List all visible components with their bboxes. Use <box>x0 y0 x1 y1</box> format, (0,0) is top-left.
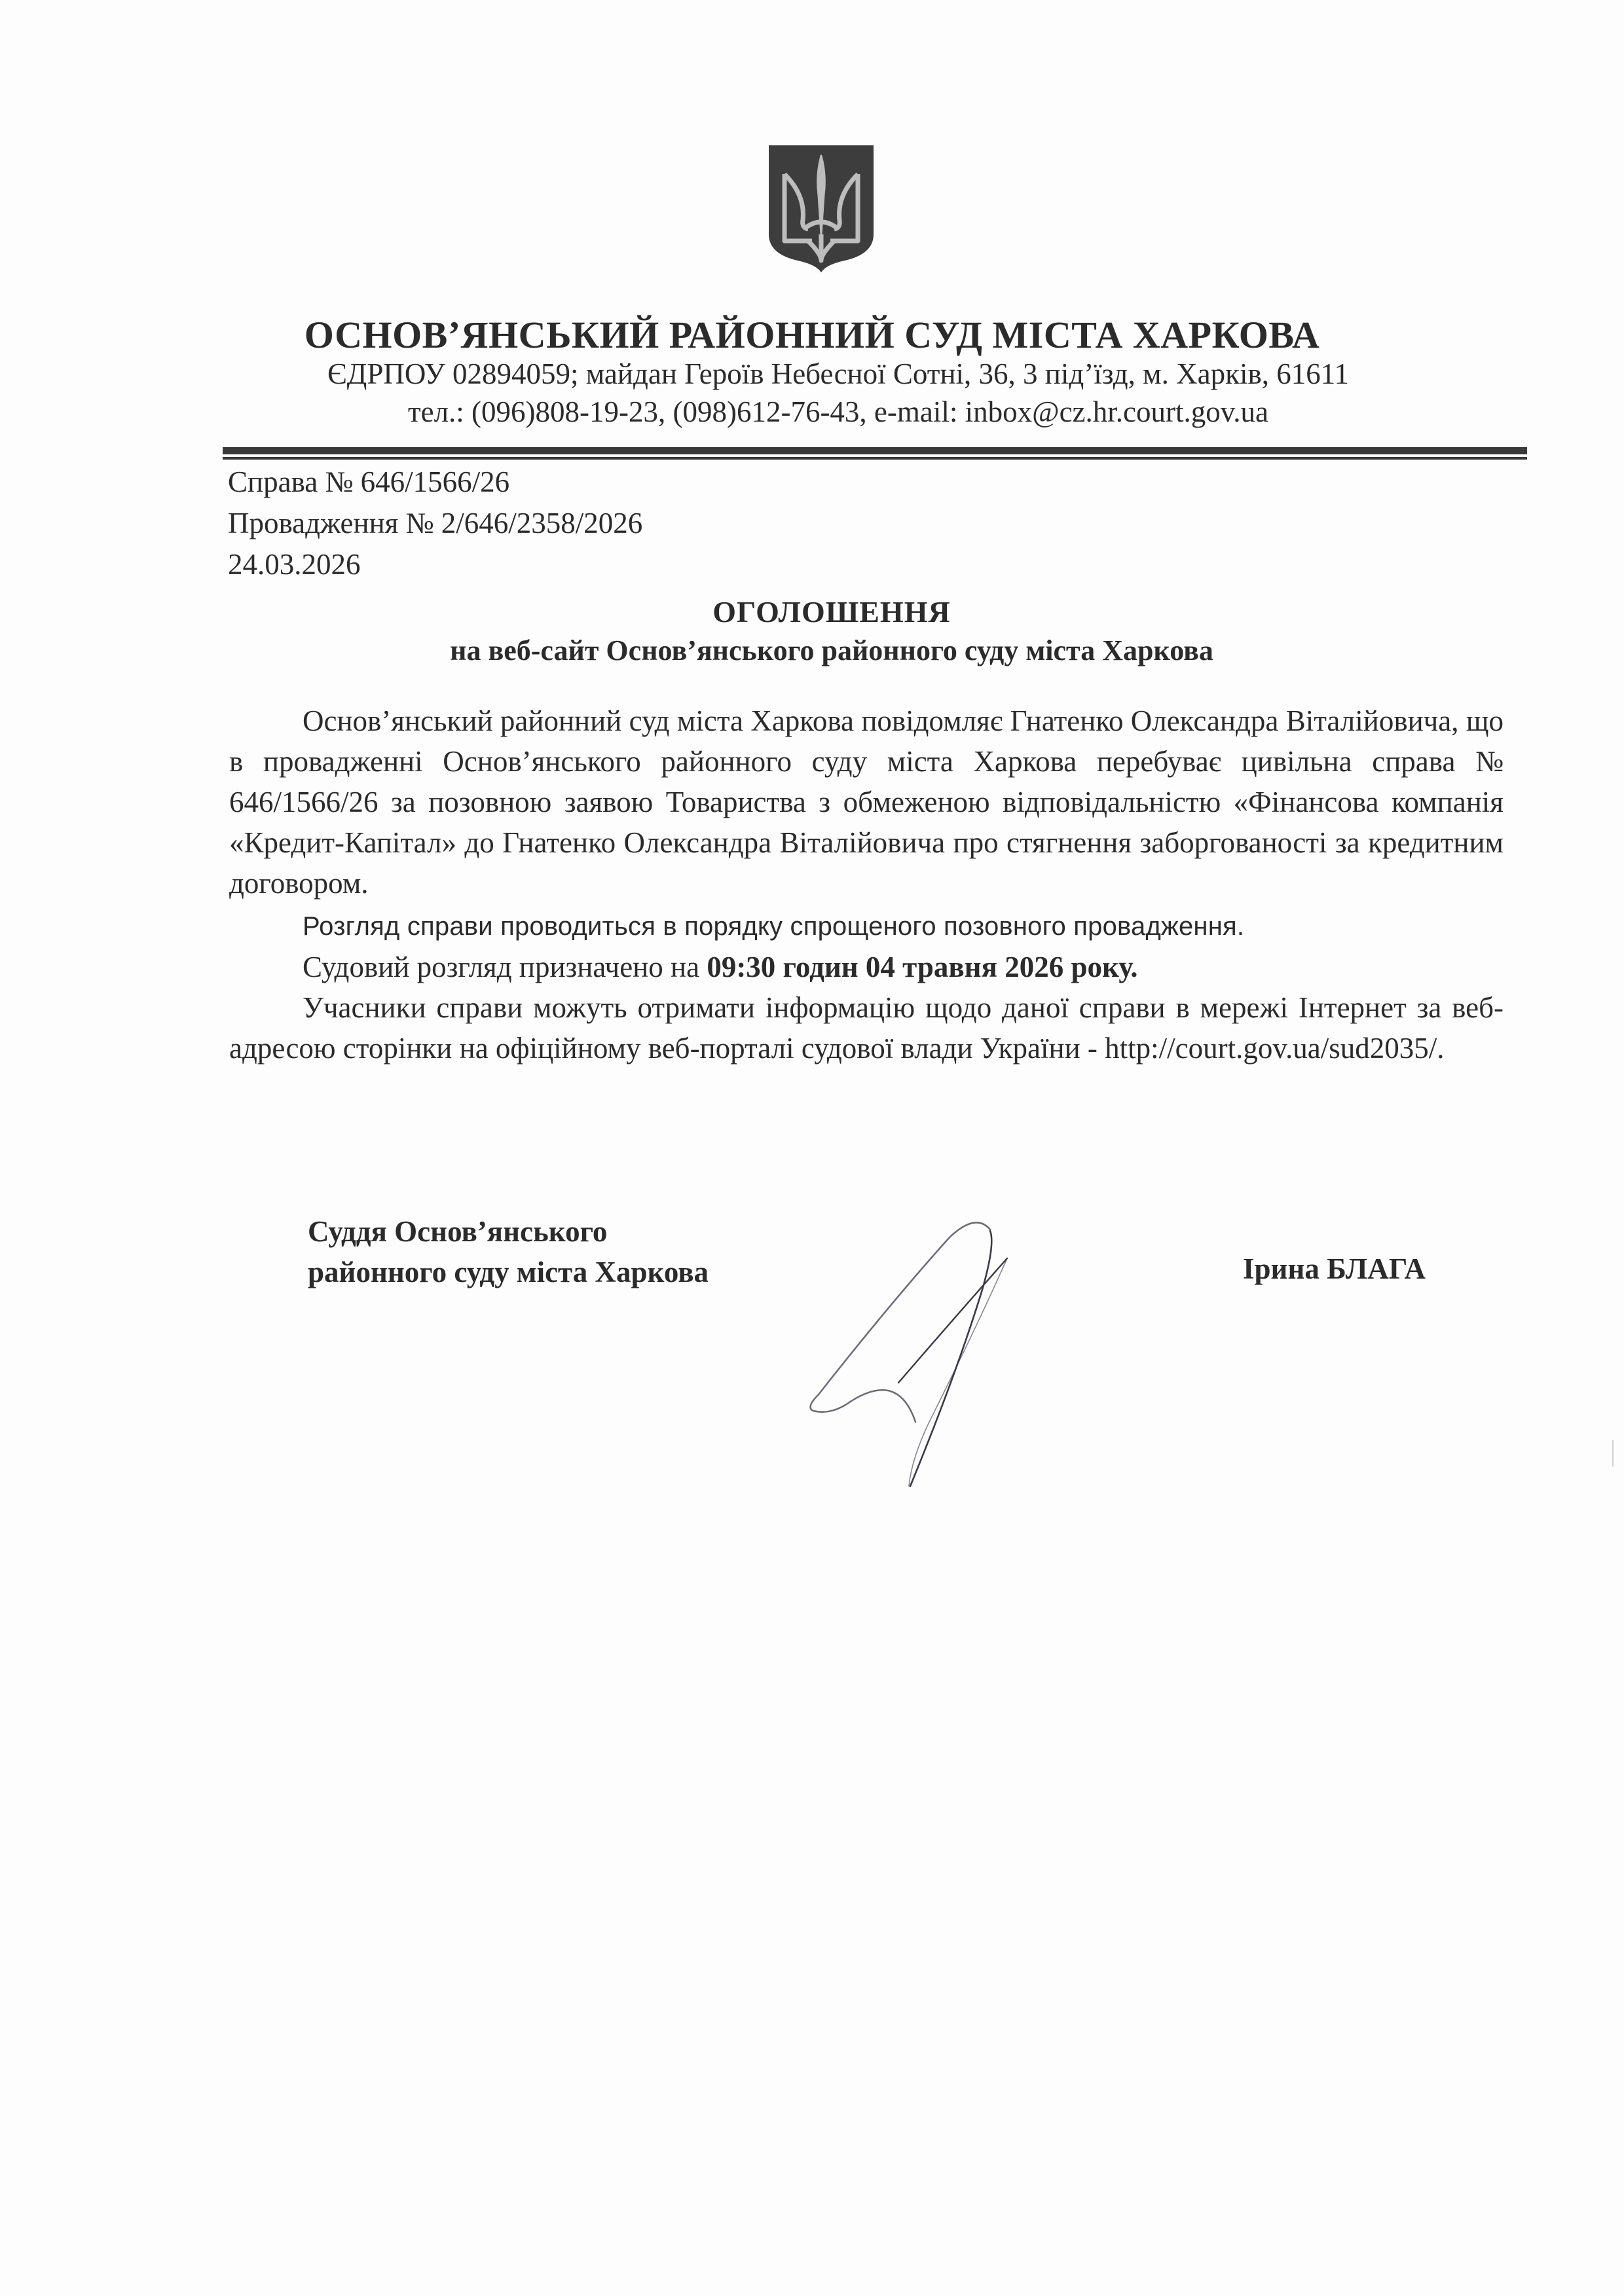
announcement-title: ОГОЛОШЕННЯ <box>20 594 1624 629</box>
announcement-body: Основ’янський районний суд міста Харкова… <box>229 701 1504 1068</box>
court-name-heading: ОСНОВ’ЯНСЬКИЙ РАЙОННИЙ СУД МІСТА ХАРКОВА <box>0 313 1624 357</box>
scan-artifact <box>1612 1440 1614 1467</box>
signer-name: Ірина БЛАГА <box>1243 1252 1426 1286</box>
signer-position-line-1: Суддя Основ’янського <box>308 1211 709 1252</box>
signer-position: Суддя Основ’янського районного суду міст… <box>308 1211 709 1292</box>
document-date: 24.03.2026 <box>228 544 642 585</box>
body-paragraph-notice: Основ’янський районний суд міста Харкова… <box>229 701 1504 903</box>
case-number: Справа № 646/1566/26 <box>228 462 642 503</box>
hearing-prefix: Судовий розгляд призначено на <box>303 951 707 983</box>
signer-position-line-2: районного суду міста Харкова <box>308 1252 709 1292</box>
court-contacts: тел.: (096)808-19-23, (098)612-76-43, e-… <box>26 395 1624 429</box>
court-address: ЄДРПОУ 02894059; майдан Героїв Небесної … <box>26 357 1624 391</box>
header-divider-thick <box>223 447 1527 454</box>
case-references: Справа № 646/1566/26 Провадження № 2/646… <box>228 462 642 585</box>
body-paragraph-hearing: Судовий розгляд призначено на 09:30 годи… <box>229 947 1504 987</box>
announcement-subtitle: на веб-сайт Основ’янського районного суд… <box>20 634 1624 667</box>
coat-of-arms-icon <box>766 143 876 274</box>
header-divider-thin <box>223 457 1527 460</box>
handwritten-signature-icon <box>760 1211 1126 1499</box>
hearing-datetime: 09:30 годин 04 травня 2026 року. <box>707 951 1137 983</box>
document-page: ОСНОВ’ЯНСЬКИЙ РАЙОННИЙ СУД МІСТА ХАРКОВА… <box>0 0 1624 2296</box>
body-paragraph-procedure: Розгляд справи проводиться в порядку спр… <box>229 906 1504 947</box>
body-paragraph-info: Учасники справи можуть отримати інформац… <box>229 987 1504 1068</box>
proceeding-number: Провадження № 2/646/2358/2026 <box>228 503 642 544</box>
